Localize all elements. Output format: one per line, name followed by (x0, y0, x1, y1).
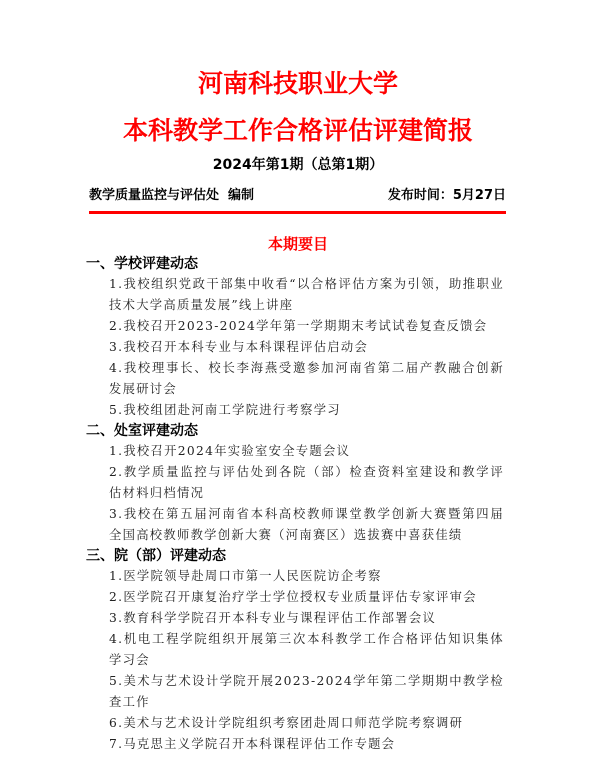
section-heading: 一、学校评建动态 (86, 254, 509, 274)
bulletin-title: 本科教学工作合格评估评建简报 (0, 115, 596, 147)
university-name: 河南科技职业大学 (0, 68, 596, 100)
section-departments: 二、处室评建动态 1.我校召开2024年实验室安全专题会议 2.教学质量监控与评… (89, 421, 509, 546)
list-item: 2.教学质量监控与评估处到各院（部）检查资料室建设和教学评估材料归档情况 (89, 462, 509, 504)
list-item: 4.我校理事长、校长李海燕受邀参加河南省第二届产教融合创新发展研讨会 (89, 358, 509, 400)
section-colleges: 三、院（部）评建动态 1.医学院领导赴周口市第一人民医院访企考察 2.医学院召开… (89, 546, 509, 755)
section-school: 一、学校评建动态 1.我校组织党政干部集中收看“以合格评估方案为引领，助推职业技… (89, 254, 509, 421)
list-item: 3.我校在第五届河南省本科高校教师课堂教学创新大赛暨第四届全国高校教师教学创新大… (89, 504, 509, 546)
publish-date: 发布时间：5月27日 (388, 186, 506, 206)
list-item: 3.教育科学学院召开本科专业与课程评估工作部署会议 (89, 608, 509, 629)
list-item: 3.我校召开本科专业与本科课程评估启动会 (89, 337, 509, 358)
issue-number: 2024年第1期（总第1期） (0, 155, 596, 175)
list-item: 5.我校组团赴河南工学院进行考察学习 (89, 400, 509, 421)
list-item: 2.医学院召开康复治疗学士学位授权专业质量评估专家评审会 (89, 587, 509, 608)
summary-title: 本期要目 (0, 234, 596, 254)
list-item: 7.马克思主义学院召开本科课程评估工作专题会 (89, 734, 509, 755)
list-item: 1.我校组织党政干部集中收看“以合格评估方案为引领，助推职业技术大学高质量发展”… (89, 274, 509, 316)
summary-contents: 一、学校评建动态 1.我校组织党政干部集中收看“以合格评估方案为引领，助推职业技… (89, 254, 509, 755)
bulletin-meta: 教学质量监控与评估处 编制 发布时间：5月27日 (89, 186, 506, 206)
section-heading: 三、院（部）评建动态 (86, 546, 509, 566)
list-item: 1.医学院领导赴周口市第一人民医院访企考察 (89, 566, 509, 587)
list-item: 6.美术与艺术设计学院组织考察团赴周口师范学院考察调研 (89, 713, 509, 734)
editor-label: 教学质量监控与评估处 编制 (89, 186, 254, 206)
list-item: 1.我校召开2024年实验室安全专题会议 (89, 441, 509, 462)
list-item: 5.美术与艺术设计学院开展2023-2024学年第二学期期中教学检查工作 (89, 671, 509, 713)
list-item: 4.机电工程学院组织开展第三次本科教学工作合格评估知识集体学习会 (89, 629, 509, 671)
list-item: 2.我校召开2023-2024学年第一学期期末考试试卷复查反馈会 (89, 316, 509, 337)
header-divider (89, 211, 506, 214)
section-heading: 二、处室评建动态 (86, 421, 509, 441)
